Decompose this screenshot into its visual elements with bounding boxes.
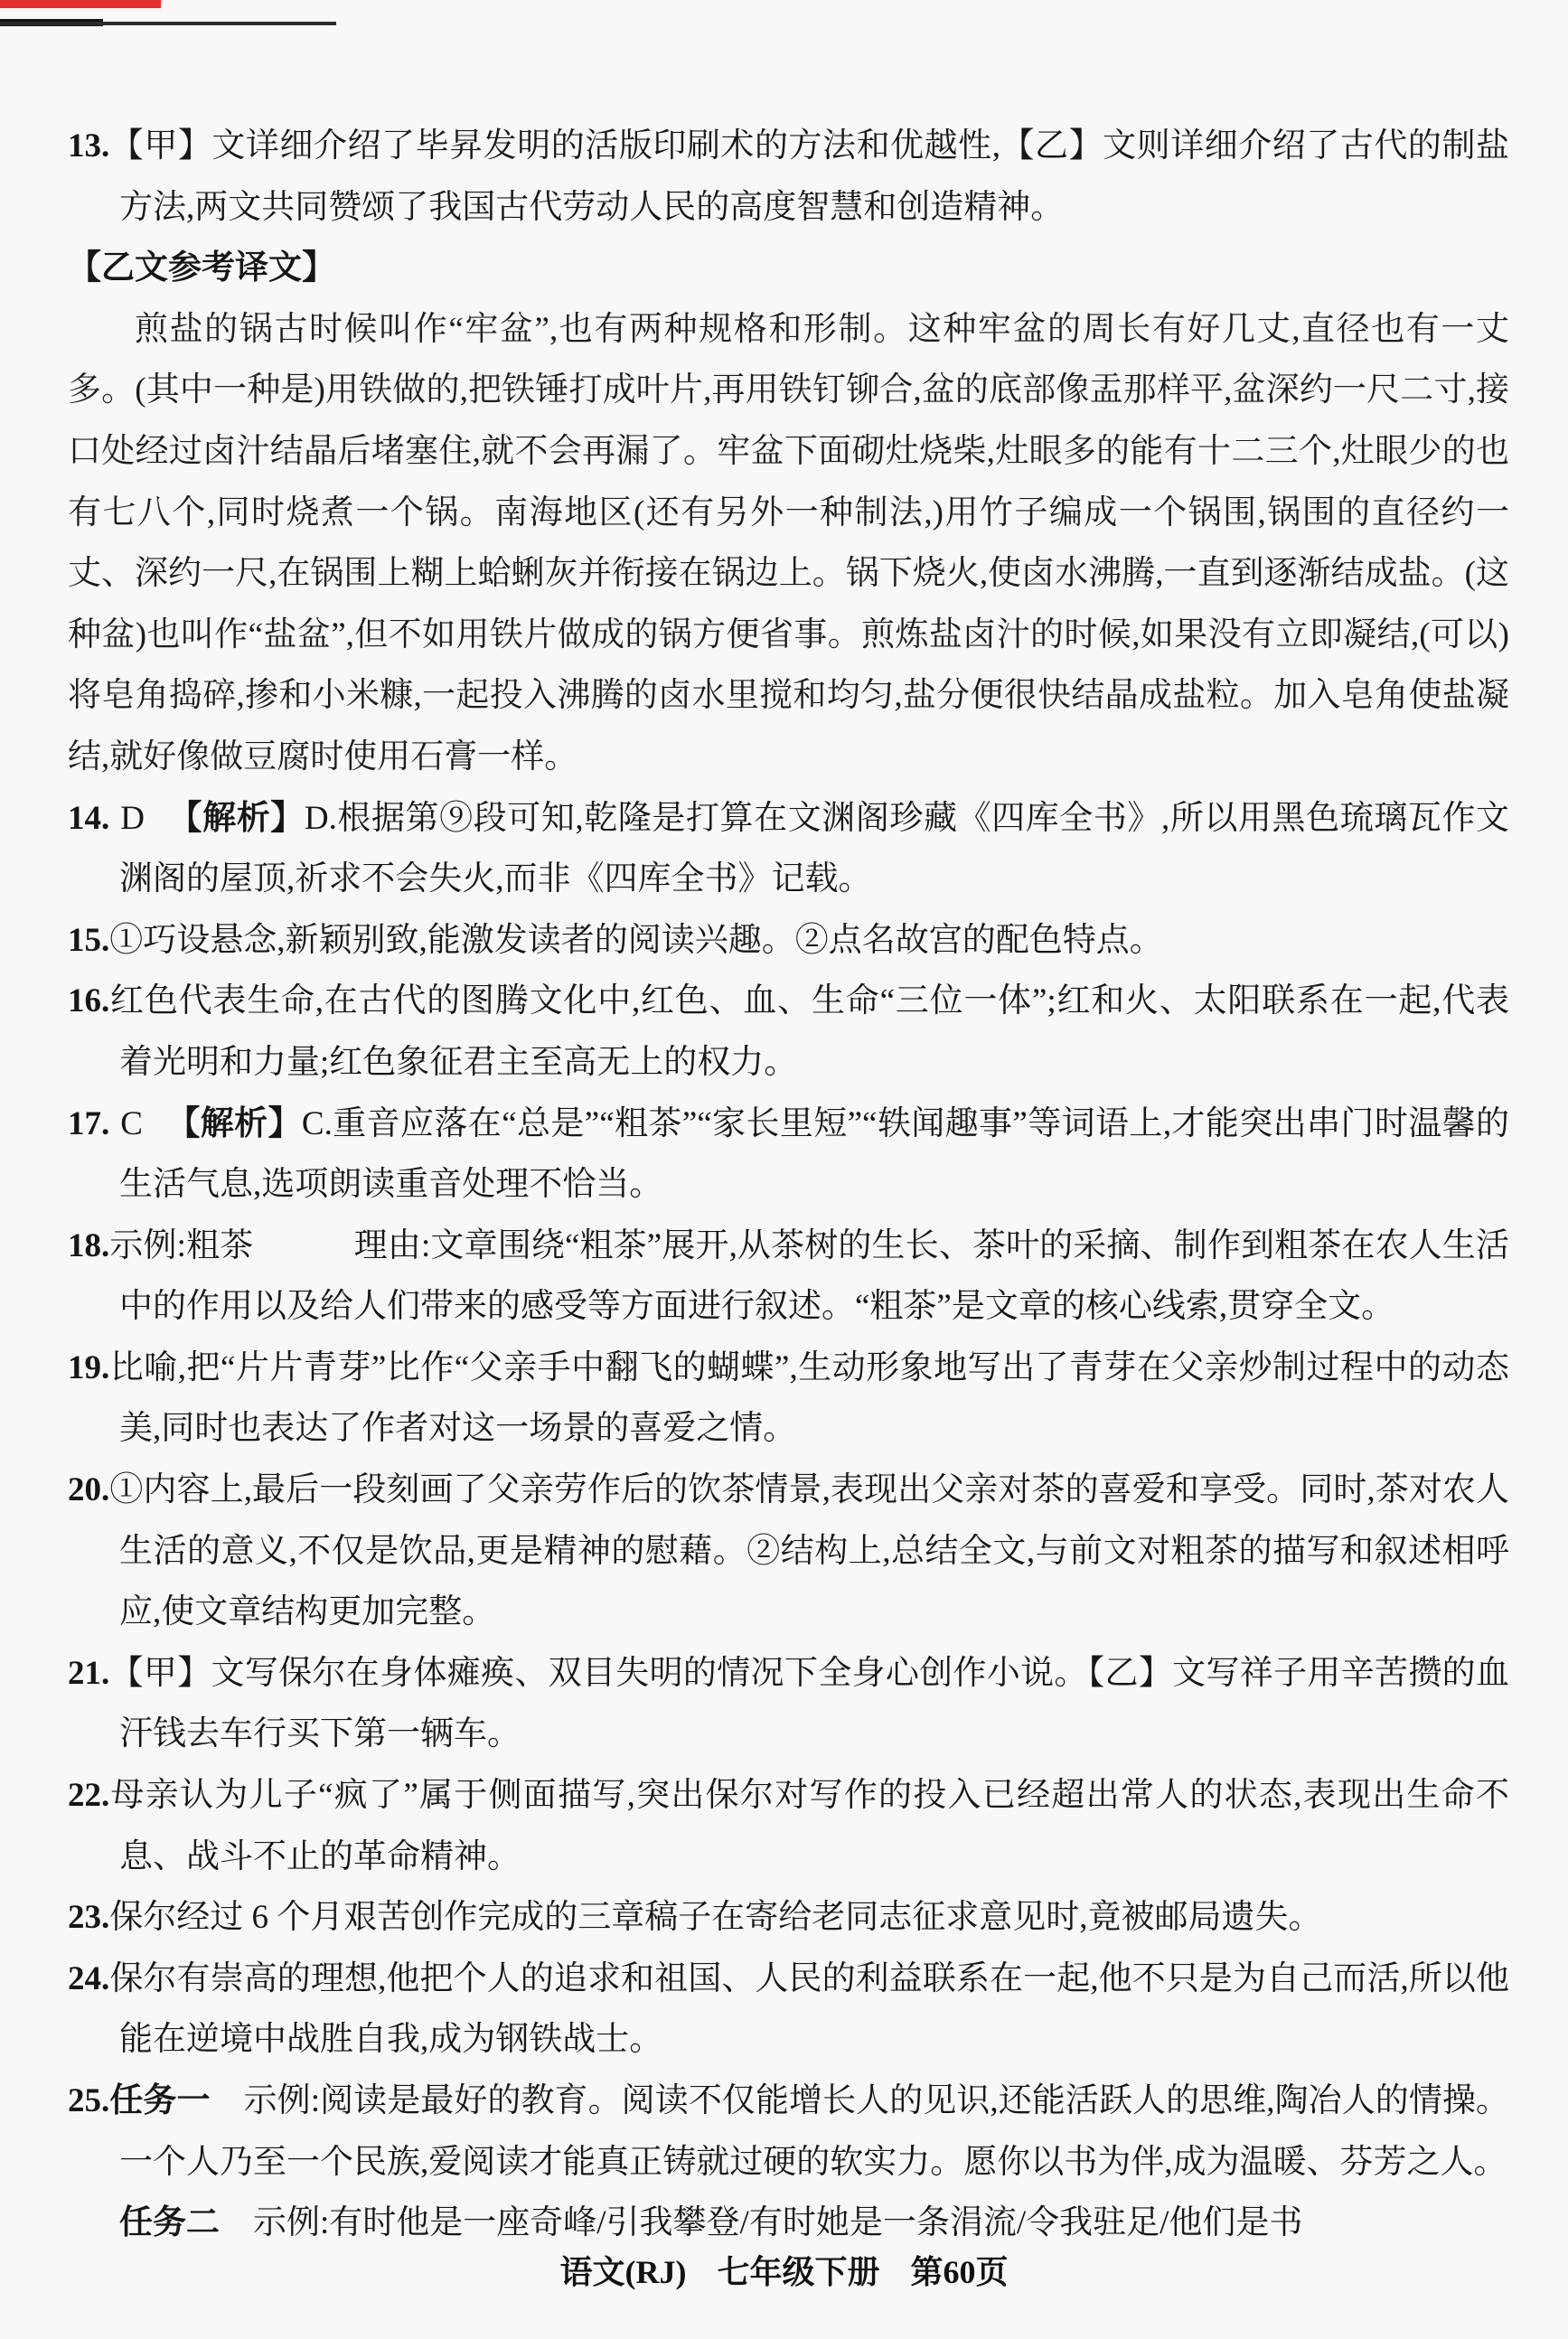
page-footer: 语文(RJ)七年级下册第60页 — [0, 2247, 1568, 2293]
item-number: 17. — [68, 1105, 109, 1142]
item-text: 【乙文参考译文】 — [68, 249, 335, 287]
item-number: 25. — [68, 2082, 109, 2119]
bold-label: 【解析】 — [168, 800, 305, 837]
item-text: ①巧设悬念,新颖别致,能激发读者的阅读兴趣。②点名故宫的配色特点。 — [109, 922, 1163, 959]
answer-item-18: 18.示例:粗茶 理由:文章围绕“粗茶”展开,从茶树的生长、茶叶的采摘、制作到粗… — [68, 1216, 1509, 1338]
item-text: 母亲认为儿子“疯了”属于侧面描写,突出保尔对写作的投入已经超出常人的状态,表现出… — [109, 1777, 1509, 1875]
footer-page-number: 第60页 — [910, 2254, 1008, 2290]
translation-paragraph: 煎盐的锅古时候叫作“牢盆”,也有两种规格和形制。这种牢盆的周长有好几丈,直径也有… — [68, 299, 1509, 788]
item-text: 示例:有时他是一座奇峰/引我攀登/有时她是一条涓流/令我驻足/他们是书 — [220, 2204, 1302, 2241]
item-number: 24. — [68, 1960, 109, 1997]
item-text: 保尔有崇高的理想,他把个人的追求和祖国、人民的利益联系在一起,他不只是为自己而活… — [109, 1960, 1509, 2059]
answer-item-16: 16.红色代表生命,在古代的图腾文化中,红色、血、生命“三位一体”;红和火、太阳… — [68, 971, 1509, 1093]
item-text: 【甲】文详细介绍了毕昇发明的活版印刷术的方法和优越性,【乙】文则详细介绍了古代的… — [109, 127, 1509, 226]
answer-letter: D — [120, 800, 145, 837]
answer-item-19: 19.比喻,把“片片青芽”比作“父亲手中翻飞的蝴蝶”,生动形象地写出了青芽在父亲… — [68, 1338, 1509, 1460]
answers-list: 13.【甲】文详细介绍了毕昇发明的活版印刷术的方法和优越性,【乙】文则详细介绍了… — [68, 116, 1509, 2254]
answer-item-13: 13.【甲】文详细介绍了毕昇发明的活版印刷术的方法和优越性,【乙】文则详细介绍了… — [68, 116, 1509, 238]
item-number: 19. — [68, 1349, 109, 1386]
translation-header: 【乙文参考译文】 — [68, 238, 1509, 299]
footer-book-title: 语文(RJ) — [559, 2254, 686, 2290]
answer-item-20: 20.①内容上,最后一段刻画了父亲劳作后的饮茶情景,表现出父亲对茶的喜爱和享受。… — [68, 1460, 1509, 1643]
item-number: 23. — [68, 1899, 109, 1936]
item-number: 21. — [68, 1655, 109, 1692]
item-number: 18. — [68, 1227, 109, 1264]
bold-label: 【解析】 — [166, 1105, 302, 1142]
item-text: 煎盐的锅古时候叫作“牢盆”,也有两种规格和形制。这种牢盆的周长有好几丈,直径也有… — [68, 311, 1509, 775]
item-text: 红色代表生命,在古代的图腾文化中,红色、血、生命“三位一体”;红和火、太阳联系在… — [109, 982, 1509, 1081]
item-text: 保尔经过 6 个月艰苦创作完成的三章稿子在寄给老同志征求意见时,竟被邮局遗失。 — [109, 1899, 1321, 1936]
answer-item-21: 21.【甲】文写保尔在身体瘫痪、双目失明的情况下全身心创作小说。【乙】文写祥子用… — [68, 1643, 1509, 1765]
answer-item-22: 22.母亲认为儿子“疯了”属于侧面描写,突出保尔对写作的投入已经超出常人的状态,… — [68, 1765, 1509, 1887]
item-number: 16. — [68, 982, 109, 1019]
item-text: 比喻,把“片片青芽”比作“父亲手中翻飞的蝴蝶”,生动形象地写出了青芽在父亲炒制过… — [109, 1349, 1509, 1448]
item-text: D.根据第⑨段可知,乾隆是打算在文渊阁珍藏《四库全书》,所以用黑色琉璃瓦作文渊阁… — [119, 800, 1509, 898]
scan-red-line — [0, 0, 161, 8]
item-text: 示例:粗茶 理由:文章围绕“粗茶”展开,从茶树的生长、茶叶的采摘、制作到粗茶在农… — [109, 1227, 1509, 1326]
item-text: ①内容上,最后一段刻画了父亲劳作后的饮茶情景,表现出父亲对茶的喜爱和享受。同时,… — [109, 1471, 1509, 1630]
item-number: 20. — [68, 1471, 109, 1508]
answer-item-23: 23.保尔经过 6 个月艰苦创作完成的三章稿子在寄给老同志征求意见时,竟被邮局遗… — [68, 1887, 1509, 1949]
bold-label: 任务二 — [119, 2204, 220, 2241]
answer-item-17: 17.C【解析】C.重音应落在“总是”“粗茶”“家长里短”“轶闻趣事”等词语上,… — [68, 1094, 1509, 1216]
scanned-answer-page: 13.【甲】文详细介绍了毕昇发明的活版印刷术的方法和优越性,【乙】文则详细介绍了… — [0, 0, 1568, 2339]
answer-subitem: 任务二 示例:有时他是一座奇峰/引我攀登/有时她是一条涓流/令我驻足/他们是书 — [68, 2193, 1509, 2254]
answer-item-14: 14.D【解析】D.根据第⑨段可知,乾隆是打算在文渊阁珍藏《四库全书》,所以用黑… — [68, 788, 1509, 910]
scan-black-line-thin — [0, 22, 336, 25]
answer-item-25: 25.任务一 示例:阅读是最好的教育。阅读不仅能增长人的见识,还能活跃人的思维,… — [68, 2071, 1509, 2193]
bold-label: 任务一 — [109, 2082, 210, 2119]
answer-item-24: 24.保尔有崇高的理想,他把个人的追求和祖国、人民的利益联系在一起,他不只是为自… — [68, 1949, 1509, 2071]
answer-letter: C — [120, 1105, 143, 1142]
item-number: 14. — [68, 800, 109, 837]
answer-item-15: 15.①巧设悬念,新颖别致,能激发读者的阅读兴趣。②点名故宫的配色特点。 — [68, 910, 1509, 972]
item-text: C.重音应落在“总是”“粗茶”“家长里短”“轶闻趣事”等词语上,才能突出串门时温… — [119, 1105, 1509, 1204]
item-text: 【甲】文写保尔在身体瘫痪、双目失明的情况下全身心创作小说。【乙】文写祥子用辛苦攒… — [109, 1655, 1509, 1753]
footer-volume: 七年级下册 — [717, 2254, 879, 2290]
item-number: 13. — [68, 127, 109, 164]
item-number: 22. — [68, 1777, 109, 1814]
item-text: 示例:阅读是最好的教育。阅读不仅能增长人的见识,还能活跃人的思维,陶冶人的情操。… — [119, 2082, 1509, 2181]
item-number: 15. — [68, 922, 109, 959]
